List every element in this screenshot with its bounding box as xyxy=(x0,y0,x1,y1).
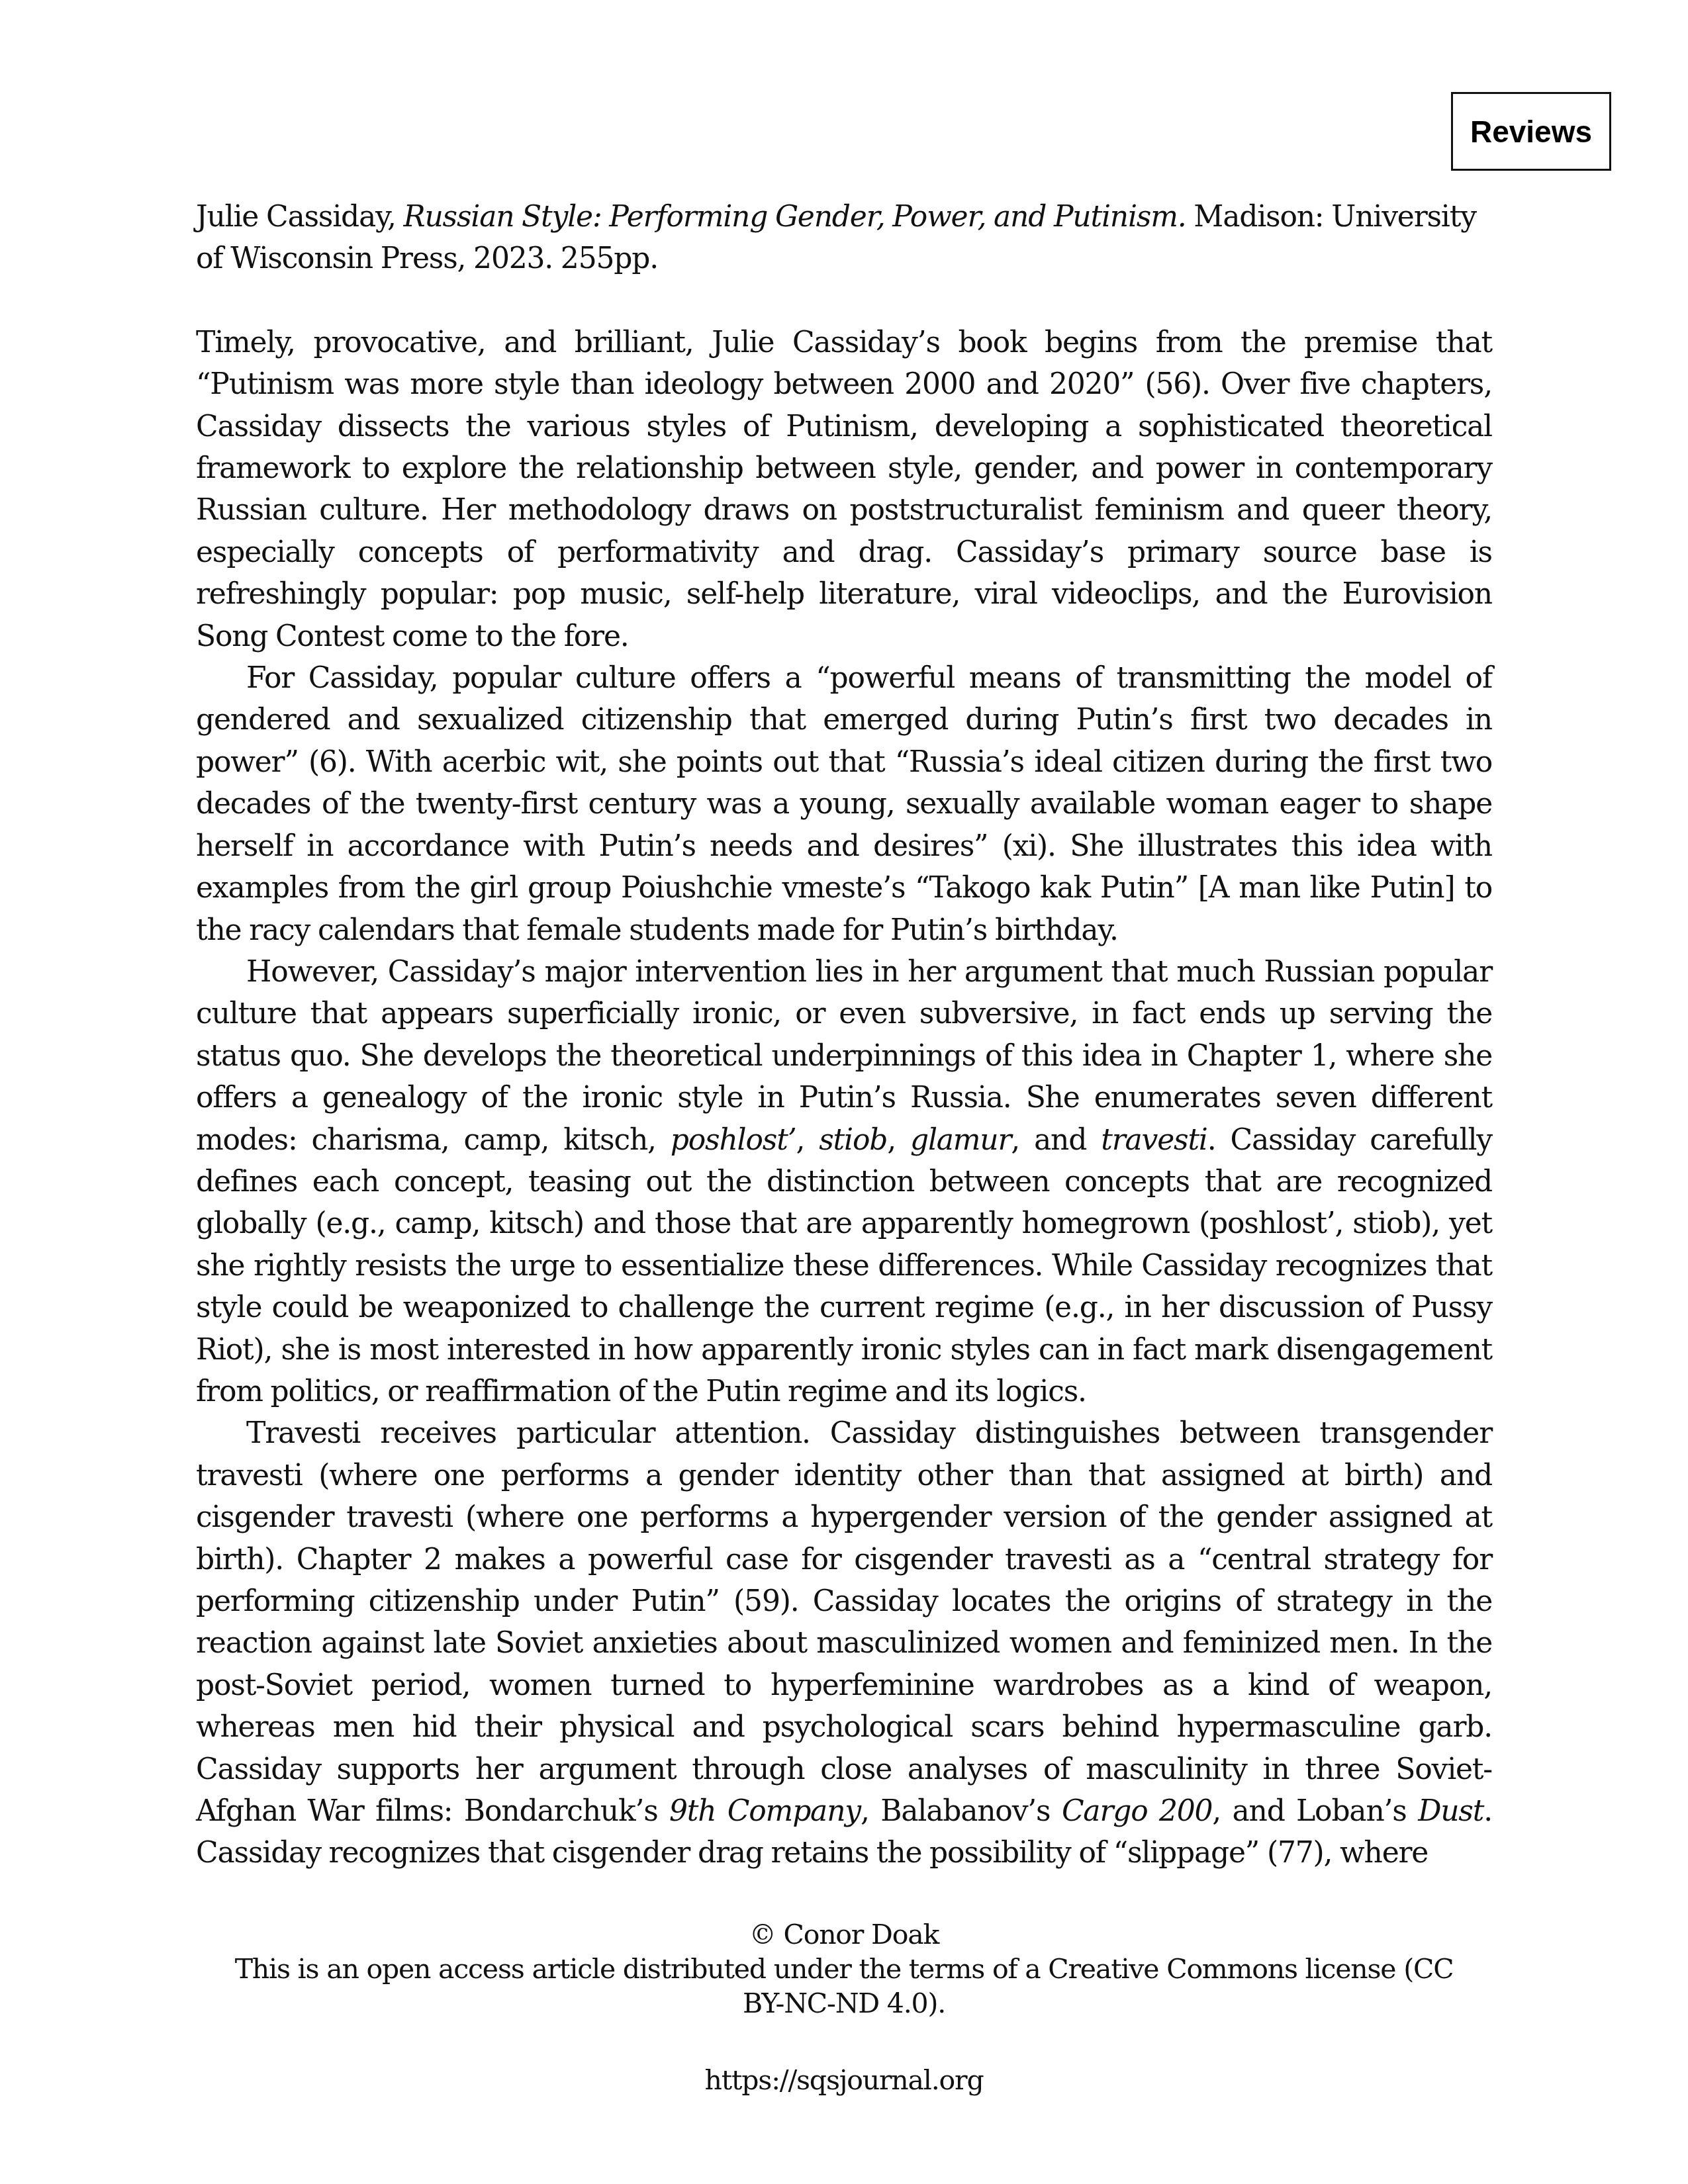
paragraph-3: However, Cassiday’s major intervention l… xyxy=(196,951,1492,1412)
journal-url-link[interactable]: https://sqsjournal.org xyxy=(196,2063,1492,2097)
paragraph-2: For Cassiday, popular culture offers a “… xyxy=(196,657,1492,951)
separator: , xyxy=(796,1123,819,1157)
term-travesti: travesti xyxy=(1101,1123,1207,1157)
term-stiob: stiob xyxy=(819,1123,887,1157)
separator: , and xyxy=(1011,1123,1101,1157)
paragraph-4-text-a: Travesti receives particular attention. … xyxy=(196,1416,1492,1828)
separator: , Balabanov’s xyxy=(861,1794,1062,1828)
paragraph-1: Timely, provocative, and brilliant, Juli… xyxy=(196,322,1492,657)
book-citation: Julie Cassiday, Russian Style: Performin… xyxy=(196,196,1492,280)
review-body: Timely, provocative, and brilliant, Juli… xyxy=(196,322,1492,1874)
page-footer: © Conor Doak This is an open access arti… xyxy=(196,1917,1492,2097)
copyright-notice: © Conor Doak xyxy=(196,1917,1492,1952)
review-article: Julie Cassiday, Russian Style: Performin… xyxy=(196,196,1492,1874)
paragraph-4: Travesti receives particular attention. … xyxy=(196,1412,1492,1874)
term-poshlost: poshlost’ xyxy=(671,1123,796,1157)
term-glamur: glamur xyxy=(910,1123,1011,1157)
film-cargo-200: Cargo 200 xyxy=(1062,1794,1212,1828)
paragraph-3-text-b: . Cassiday carefully defines each concep… xyxy=(196,1123,1492,1408)
citation-book-title: Russian Style: Performing Gender, Power,… xyxy=(403,200,1186,234)
separator: , xyxy=(887,1123,910,1157)
license-notice: This is an open access article distribut… xyxy=(196,1952,1492,2021)
film-9th-company: 9th Company xyxy=(669,1794,861,1828)
citation-author: Julie Cassiday, xyxy=(196,200,403,234)
film-dust: Dust xyxy=(1418,1794,1483,1828)
section-label-reviews: Reviews xyxy=(1451,92,1611,171)
separator: , and Loban’s xyxy=(1212,1794,1418,1828)
